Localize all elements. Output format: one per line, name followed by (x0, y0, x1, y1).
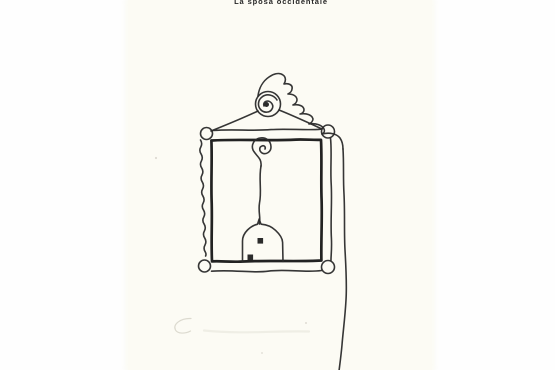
scan-canvas: La sposa occidentale (0, 0, 555, 370)
frame-outer-left (200, 140, 206, 256)
curl-spiral (252, 138, 271, 166)
frame-inner-rect (211, 140, 321, 262)
frame-outer-top (213, 129, 321, 130)
frame-outer-right (331, 138, 332, 261)
house-door (248, 255, 254, 261)
frame-outer-bottom (212, 270, 322, 272)
frame-corner-knob-tl (201, 128, 213, 140)
curl-stem (259, 166, 261, 224)
nail-dot (264, 102, 269, 107)
scan-speck-3 (261, 352, 263, 354)
frame-corner-knob-br (322, 261, 335, 274)
scan-speck-2 (305, 322, 307, 324)
frame-corner-knob-tr (322, 125, 335, 138)
hanging-wire-left (211, 111, 258, 131)
scan-speck-1 (155, 157, 157, 159)
pencil-smudge-arc (175, 318, 191, 333)
house-window (258, 238, 264, 244)
trailing-line (339, 149, 346, 370)
pencil-smudge-line (204, 331, 309, 333)
frame-corner-knob-bl (199, 260, 211, 272)
hand-drawing (0, 0, 555, 370)
hanging-wire-right (279, 110, 322, 129)
